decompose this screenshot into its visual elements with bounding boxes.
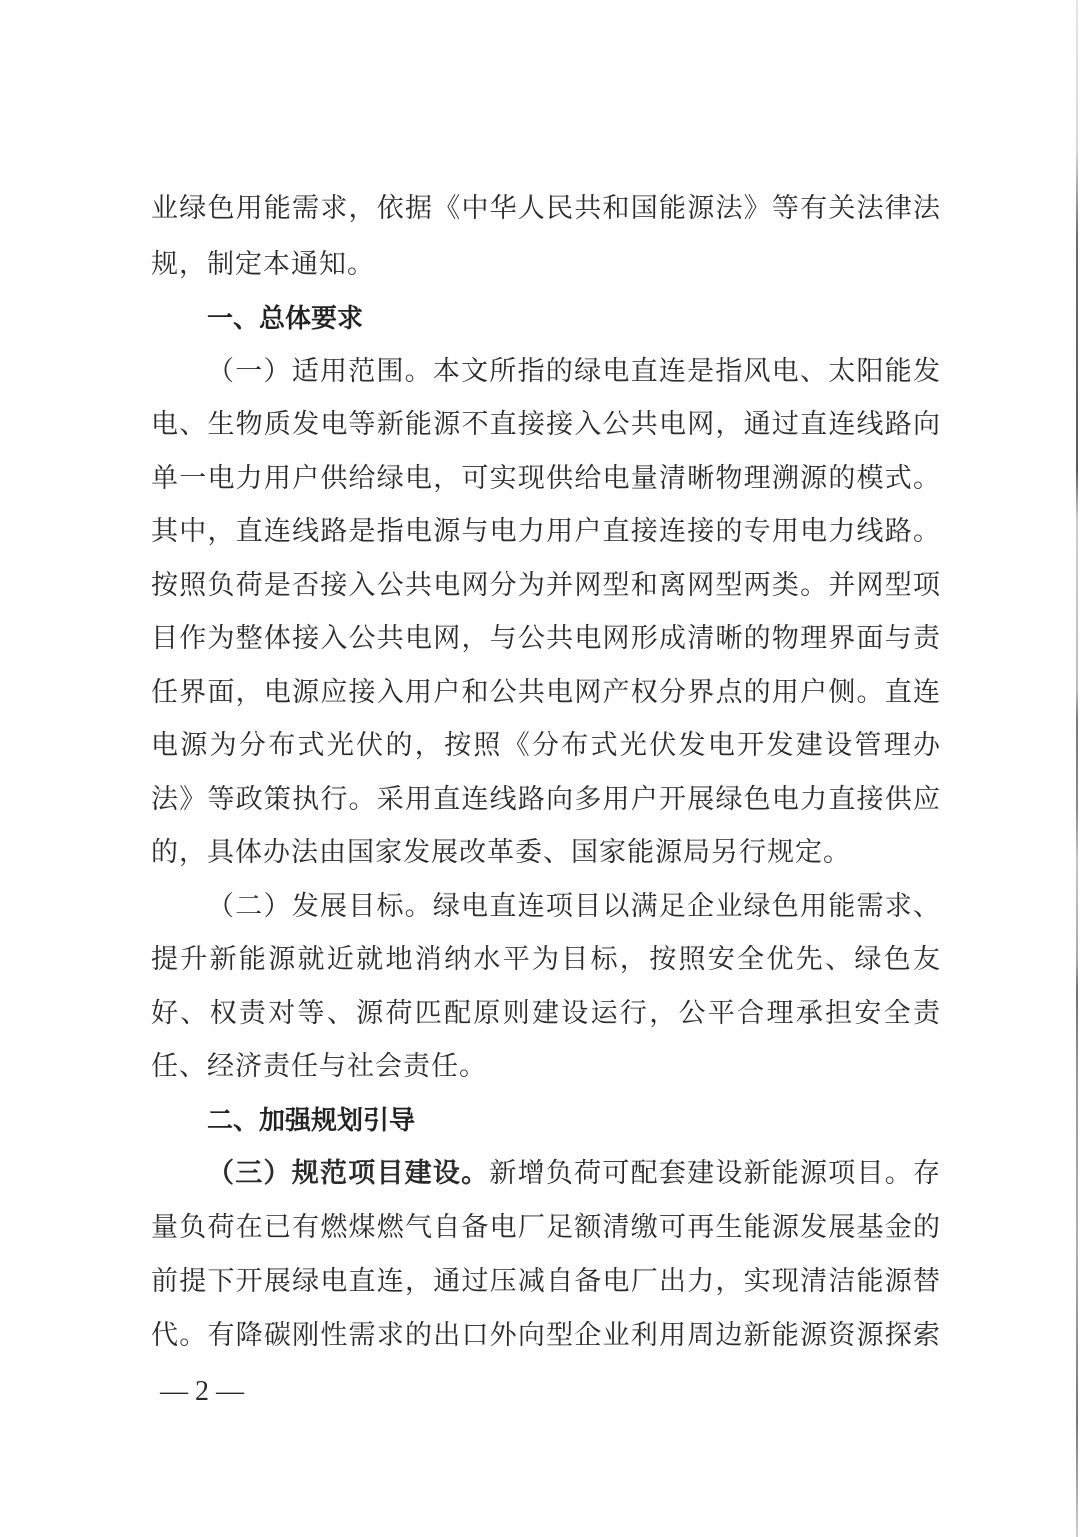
clause-2-title: （二）发展目标。: [207, 891, 433, 922]
clause-2-text: 绿电直连项目以满足企业绿色用能需求、: [433, 891, 941, 922]
body-line: 规，制定本通知。: [151, 245, 941, 285]
body-line: 前提下开展绿电直连，通过压减自备电厂出力，实现清洁能源替: [151, 1262, 941, 1302]
section-heading-general-requirements: 一、总体要求: [207, 299, 363, 339]
body-line: 好、权责对等、源荷匹配原则建设运行，公平合理承担安全责: [151, 994, 941, 1034]
body-line: 任、经济责任与社会责任。: [151, 1047, 941, 1087]
clause-1-title: （一）适用范围。: [207, 356, 433, 387]
document-page: 业绿色用能需求，依据《中华人民共和国能源法》等有关法律法 规，制定本通知。 一、…: [0, 0, 1080, 1537]
body-line: 量负荷在已有燃煤燃气自备电厂足额清缴可再生能源发展基金的: [151, 1208, 941, 1248]
scan-edge-shadow: [1076, 0, 1078, 1537]
clause-1-text: 本文所指的绿电直连是指风电、太阳能发: [433, 356, 941, 387]
body-line: 业绿色用能需求，依据《中华人民共和国能源法》等有关法律法: [151, 189, 941, 229]
body-line: 目作为整体接入公共电网，与公共电网形成清晰的物理界面与责: [151, 619, 941, 659]
body-line: 任界面，电源应接入用户和公共电网产权分界点的用户侧。直连: [151, 673, 941, 713]
body-line: 电源为分布式光伏的，按照《分布式光伏发电开发建设管理办: [151, 726, 941, 766]
clause-3-first-line: （三）规范项目建设。新增负荷可配套建设新能源项目。存: [207, 1154, 941, 1194]
body-line: 其中，直连线路是指电源与电力用户直接连接的专用电力线路。: [151, 512, 941, 552]
clause-2-first-line: （二）发展目标。绿电直连项目以满足企业绿色用能需求、: [207, 887, 941, 927]
body-line: 的，具体办法由国家发展改革委、国家能源局另行规定。: [151, 833, 941, 873]
body-line: 单一电力用户供给绿电，可实现供给电量清晰物理溯源的模式。: [151, 459, 941, 499]
body-line: 电、生物质发电等新能源不直接接入公共电网，通过直连线路向: [151, 405, 941, 445]
body-line: 法》等政策执行。采用直连线路向多用户开展绿色电力直接供应: [151, 780, 941, 820]
clause-1-first-line: （一）适用范围。本文所指的绿电直连是指风电、太阳能发: [207, 352, 941, 392]
body-line: 代。有降碳刚性需求的出口外向型企业利用周边新能源资源探索: [151, 1316, 941, 1356]
clause-3-title: （三）规范项目建设。: [207, 1158, 489, 1189]
clause-3-text: 新增负荷可配套建设新能源项目。存: [489, 1158, 941, 1189]
body-line: 按照负荷是否接入公共电网分为并网型和离网型两类。并网型项: [151, 566, 941, 606]
page-number: — 2 —: [160, 1374, 244, 1410]
section-heading-planning-guidance: 二、加强规划引导: [207, 1101, 415, 1141]
body-line: 提升新能源就近就地消纳水平为目标，按照安全优先、绿色友: [151, 940, 941, 980]
